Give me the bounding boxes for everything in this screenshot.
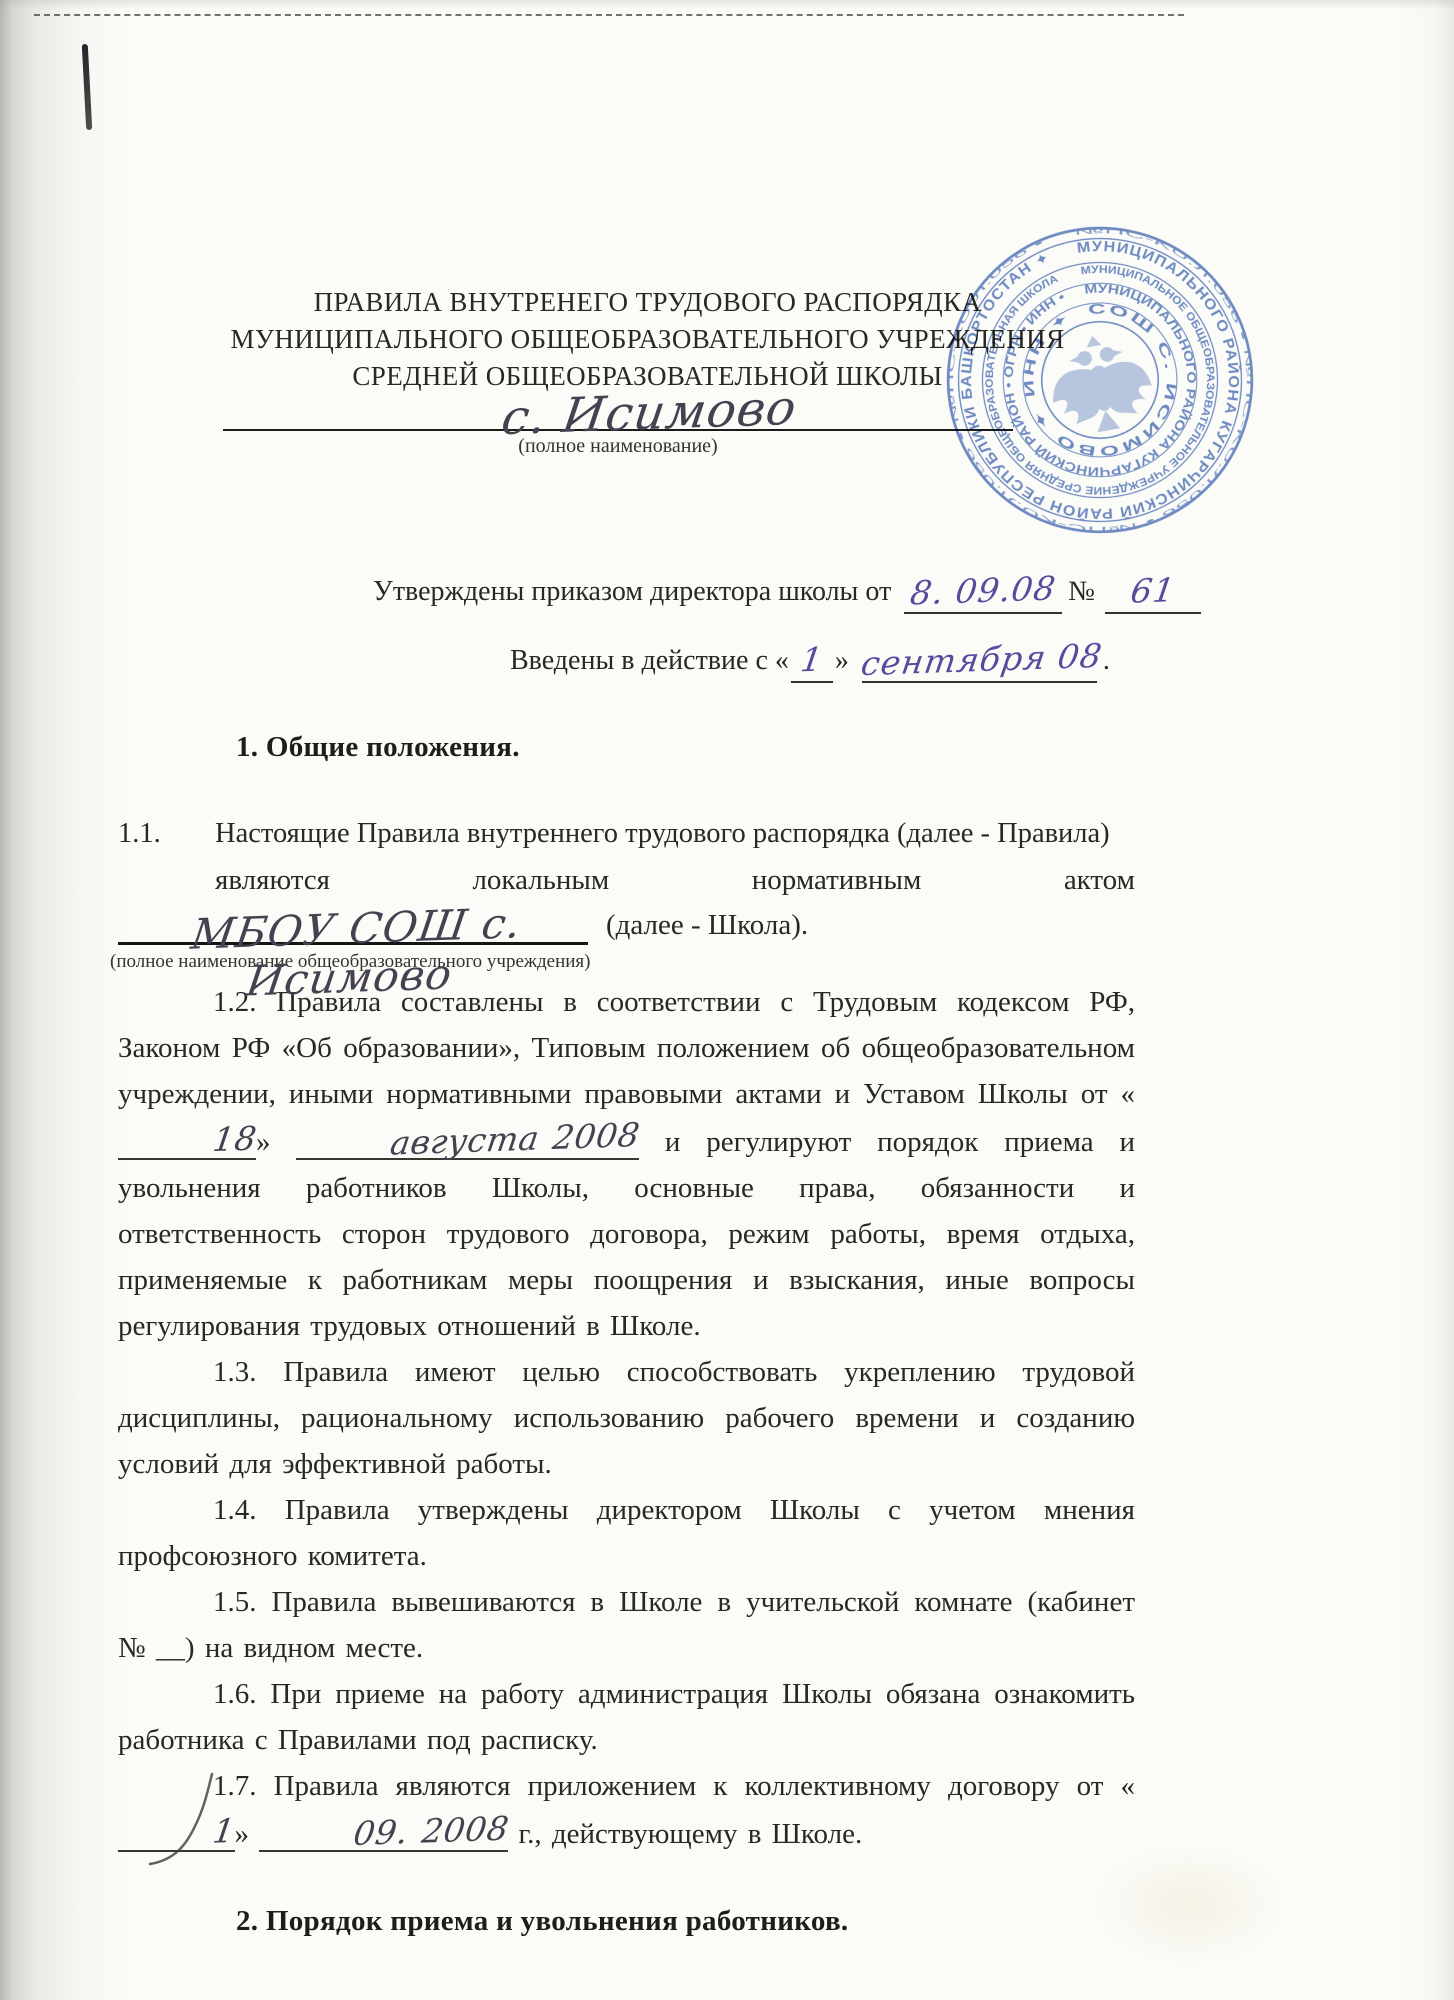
clause-1-1-text: Настоящие Правила внутреннего трудового … xyxy=(215,818,1110,849)
approved-label: Утверждены приказом директора школы от xyxy=(373,576,898,607)
handwritten-charter-day: 18 xyxy=(114,1116,259,1167)
clause-1-1-number: 1.1. xyxy=(118,811,215,857)
clause-1-7-text: 1.7. Правила являются приложением к колл… xyxy=(213,1770,1135,1802)
clause-1-1-line-2: являются локальным нормативным актом xyxy=(118,857,1135,903)
clause-1-7: 1.7. Правила являются приложением к колл… xyxy=(118,1763,1135,1857)
handwritten-school-name: с. Исимово xyxy=(498,380,800,446)
school-name-blank-line: с. Исимово xyxy=(223,399,1013,431)
effective-month-field: сентября 08 xyxy=(862,638,1097,683)
spread-word: нормативным xyxy=(752,857,922,903)
pen-mark-top-left xyxy=(82,44,92,130)
clause-1-7-day-field: 1 xyxy=(118,1818,235,1852)
clause-1-7-date-field: 09. 2008 xyxy=(259,1818,508,1852)
clause-1-2: 1.2. Правила составлены в соответствии с… xyxy=(118,979,1135,1349)
clause-1-2-date-field: августа 2008 xyxy=(296,1126,639,1160)
clause-1-5: 1.5. Правила вывешиваются в Школе в учит… xyxy=(118,1579,1135,1671)
clause-1-7-rest: г., действующему в Школе. xyxy=(508,1818,862,1850)
spread-word: актом xyxy=(1064,857,1135,903)
handwritten-effective-month: сентября 08 xyxy=(858,636,1104,684)
effective-label-start: Введены в действие с « xyxy=(510,645,789,676)
scanned-document-page: ПРАВИЛА ВНУТРЕНЕГО ТРУДОВОГО РАСПОРЯДКА … xyxy=(0,0,1454,2000)
clause-1-1-line-1: 1.1.Настоящие Правила внутреннего трудов… xyxy=(118,811,1135,857)
section-1-heading: 1. Общие положения. xyxy=(236,727,1135,767)
handwritten-effective-day: 1 xyxy=(798,640,826,681)
effective-line: Введены в действие с «1» сентября 08. xyxy=(510,638,1135,683)
order-number-field: 61 xyxy=(1105,569,1201,614)
clause-1-2-mid: » xyxy=(256,1126,296,1158)
clause-1-1-school-blank: МБОУ СОШ с. Исимово (далее - Школа). xyxy=(118,901,1135,945)
handwritten-contract-day: 1 xyxy=(114,1808,238,1858)
effective-day-field: 1 xyxy=(791,638,833,683)
school-name-field: МБОУ СОШ с. Исимово xyxy=(118,898,588,945)
number-sign: № xyxy=(1068,576,1095,607)
handwritten-contract-date: 09. 2008 xyxy=(255,1806,512,1861)
handwritten-order-number: 61 xyxy=(1128,570,1178,612)
spread-word: являются xyxy=(215,857,330,903)
effective-label-mid: » xyxy=(835,645,856,676)
clause-1-4: 1.4. Правила утверждены директором Школы… xyxy=(118,1487,1135,1579)
clause-1-7-mid: » xyxy=(235,1818,260,1850)
clause-1-6: 1.6. При приеме на работу администрация … xyxy=(118,1671,1135,1763)
clause-1-2-text: 1.2. Правила составлены в соответствии с… xyxy=(118,986,1135,1110)
handwritten-school-abbrev: МБОУ СОШ с. Исимово xyxy=(110,896,596,1010)
approved-line: Утверждены приказом директора школы от 8… xyxy=(373,569,1135,614)
clause-1-3: 1.3. Правила имеют целью способствовать … xyxy=(118,1349,1135,1487)
clause-1-2-day-field: 18 xyxy=(118,1126,256,1160)
clause-1-1-tail: (далее - Школа). xyxy=(606,905,808,945)
official-round-stamp-seal-icon: №ПС-KU.Л.056 • №ПС-KU.Л.056 • №ПС-KU.Л.0… xyxy=(919,199,1280,560)
effective-label-end: . xyxy=(1103,645,1110,676)
handwritten-charter-date: августа 2008 xyxy=(292,1112,643,1170)
handwritten-approval-date: 8. 09.08 xyxy=(908,568,1059,613)
section-2-heading: 2. Порядок приема и увольнения работнико… xyxy=(236,1901,1135,1941)
approval-date-field: 8. 09.08 xyxy=(904,569,1062,614)
